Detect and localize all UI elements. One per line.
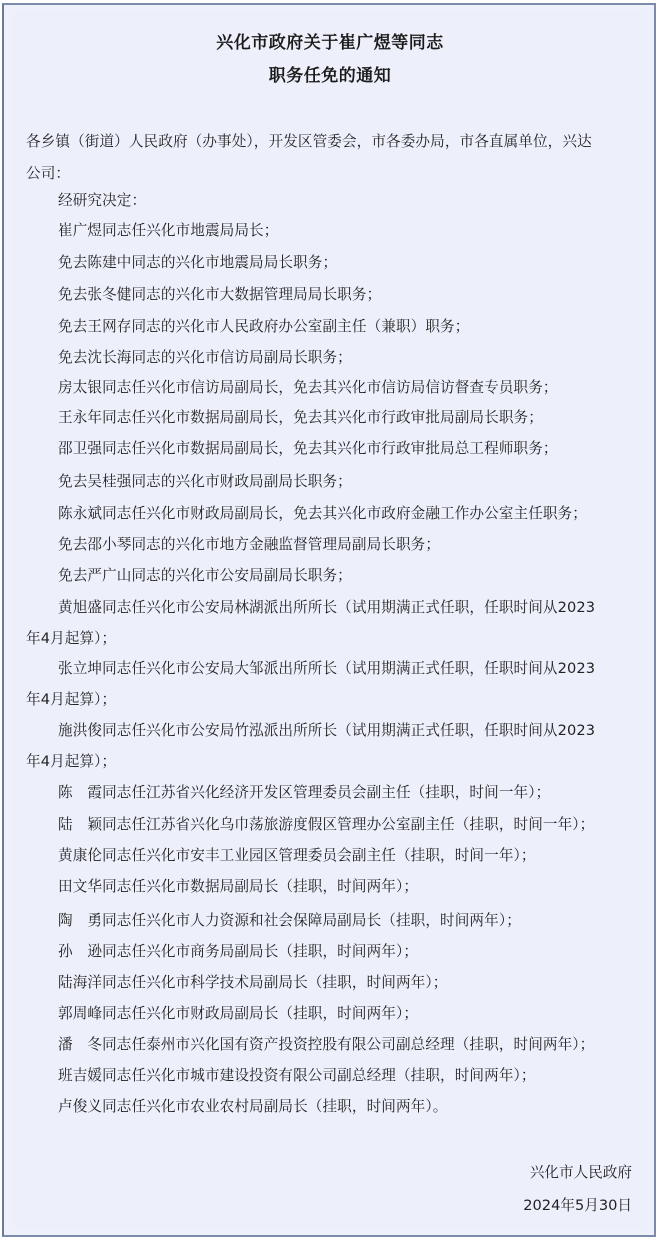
appointment-item: 邵卫强同志任兴化市数据局副局长，免去其兴化市行政审批局总工程师职务； (58, 437, 558, 458)
addressee-line2: 公司： (26, 162, 70, 183)
appointment-item: 免去邵小琴同志的兴化市地方金融监督管理局副局长职务； (58, 533, 440, 554)
appointment-item: 免去沈长海同志的兴化市信访局副局长职务； (58, 346, 352, 367)
signature-date: 2024年5月30日 (523, 1194, 632, 1215)
appointment-item: 陆 颖同志任江苏省兴化乌巾荡旅游度假区管理办公室副主任（挂职，时间一年）； (58, 813, 594, 834)
appointment-item: 黄旭盛同志任兴化市公安局林湖派出所所长（试用期满正式任职，任职时间从2023 (58, 596, 595, 617)
appointment-item-continued: 年4月起算）； (26, 688, 116, 709)
appointment-item: 王永年同志任兴化市数据局副局长，免去其兴化市行政审批局副局长职务； (58, 406, 543, 427)
appointment-item-continued: 年4月起算）； (26, 750, 116, 771)
signature-organization: 兴化市人民政府 (530, 1161, 632, 1182)
appointment-item: 免去张冬健同志的兴化市大数据管理局局长职务； (58, 283, 381, 304)
appointment-item: 班吉媛同志任兴化市城市建设投资有限公司副总经理（挂职，时间两年）； (58, 1064, 536, 1085)
appointment-item: 施洪俊同志任兴化市公安局竹泓派出所所长（试用期满正式任职，任职时间从2023 (58, 719, 595, 740)
appointment-item: 陈 霞同志任江苏省兴化经济开发区管理委员会副主任（挂职，时间一年）； (58, 781, 550, 802)
addressee-line1: 各乡镇（街道）人民政府（办事处），开发区管委会，市各委办局，市各直属单位，兴达 (26, 130, 592, 151)
appointment-item: 陶 勇同志任兴化市人力资源和社会保障局副局长（挂职，时间两年）； (58, 909, 521, 930)
document-title-line1: 兴化市政府关于崔广煜等同志 (0, 28, 660, 53)
appointment-item: 潘 冬同志任泰州市兴化国有资产投资控股有限公司副总经理（挂职，时间两年）； (58, 1033, 594, 1054)
intro-text: 经研究决定： (58, 189, 146, 210)
appointment-item: 田文华同志任兴化市数据局副局长（挂职，时间两年）； (58, 875, 418, 896)
appointment-item: 黄康伦同志任兴化市安丰工业园区管理委员会副主任（挂职，时间一年）； (58, 844, 536, 865)
appointment-item: 陆海洋同志任兴化市科学技术局副局长（挂职，时间两年）； (58, 971, 447, 992)
appointment-item: 陈永斌同志任兴化市财政局副局长，免去其兴化市政府金融工作办公室主任职务； (58, 502, 587, 523)
appointment-item-continued: 年4月起算）； (26, 627, 116, 648)
appointment-item: 免去严广山同志的兴化市公安局副局长职务； (58, 564, 352, 585)
appointment-item: 卢俊义同志任兴化市农业农村局副局长（挂职，时间两年）。 (58, 1095, 447, 1116)
appointment-item: 免去陈建中同志的兴化市地震局局长职务； (58, 251, 337, 272)
appointment-item: 免去吴桂强同志的兴化市财政局副局长职务； (58, 470, 352, 491)
appointment-item: 张立坤同志任兴化市公安局大邹派出所所长（试用期满正式任职，任职时间从2023 (58, 657, 595, 678)
appointment-item: 崔广煜同志任兴化市地震局局长； (58, 219, 278, 240)
appointment-item: 郭周峰同志任兴化市财政局副局长（挂职，时间两年）； (58, 1002, 418, 1023)
document-title-line2: 职务任免的通知 (0, 61, 660, 86)
appointment-item: 免去王网存同志的兴化市人民政府办公室副主任（兼职）职务； (58, 315, 469, 336)
appointment-item: 孙 逊同志任兴化市商务局副局长（挂职，时间两年）； (58, 940, 418, 961)
appointment-item: 房太银同志任兴化市信访局副局长，免去其兴化市信访局信访督查专员职务； (58, 376, 558, 397)
